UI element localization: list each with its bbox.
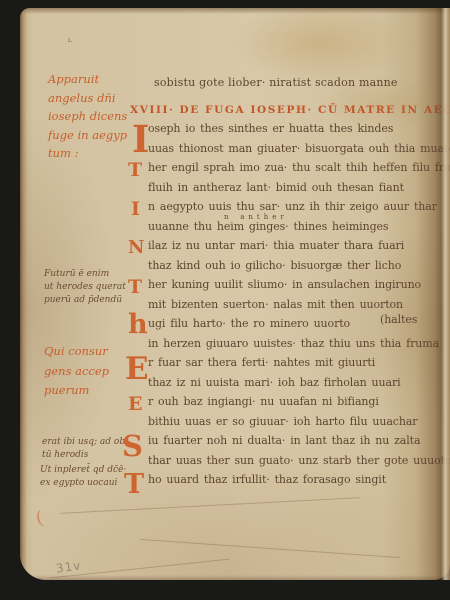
verse-text: her kuning uuilit sliumo· in ansulachen … (148, 278, 421, 291)
verse-text: ilaz iz nu untar mari· thia muater thara… (148, 239, 404, 252)
verse-text: fluih in antheraz lant· bimid ouh thesan… (148, 181, 404, 194)
folio-number: 31v (55, 558, 82, 575)
verse-text: r fuar sar thera ferti· nahtes mit giuur… (148, 356, 375, 369)
verse-line: N ilaz iz nu untar mari· thia muater tha… (128, 239, 450, 259)
margin-note-line: gens accep (44, 366, 109, 378)
margin-note-line: erat ibi usq; ad obi (42, 438, 128, 447)
margin-note-line: ioseph dicens (48, 111, 127, 123)
verse-line: thar uuas ther sun guato· unz starb ther… (128, 454, 450, 474)
corner-pen-mark: ı. (68, 36, 72, 44)
verse-text: mit bizenten suerton· nalas mit then uuo… (148, 298, 403, 311)
verse-text: thaz kind ouh io gilicho· bisuorgæ ther … (148, 259, 401, 272)
manuscript-page: ı. Apparuit angelus dn̄i ioseph dicens f… (20, 8, 450, 580)
verse-text: her engil sprah imo zua· thu scalt thih … (148, 161, 450, 174)
verse-line: h ugi filu harto· the ro minero uuorto (… (128, 317, 450, 337)
margin-note-ut-impleretur: Ut inpleret̄ qd dc̄ē· ex egypto uocaui (40, 466, 126, 492)
verse-text: iu fuarter noh ni dualta· in lant thaz i… (148, 434, 420, 447)
versal-initial: N (128, 239, 144, 257)
margin-note-line: puerū ad p̄dendū (44, 296, 126, 305)
verse-text-block: I oseph io thes sinthes er huatta thes k… (128, 122, 450, 493)
parchment-crease (60, 497, 360, 514)
verse-text: ho uuard thaz irfullit· thaz forasago si… (148, 473, 386, 486)
versal-initial: I (131, 200, 140, 219)
verse-text: uuanne thu heim ginges· thines heiminges (148, 220, 388, 233)
margin-note-line: ut herodes querat (44, 283, 126, 292)
margin-note-futurum: Futurū ē enim ut herodes querat puerū ad… (44, 270, 126, 309)
verse-line: fluih in antheraz lant· bimid ouh thesan… (128, 181, 450, 201)
verse-text: ugi filu harto· the ro minero uuorto (148, 317, 350, 330)
verse-line: T ho uuard thaz irfullit· thaz forasago … (128, 473, 450, 493)
verse-text: n aegypto uuis thu sar· unz ih thir zeig… (148, 200, 437, 213)
versal-initial: E (128, 395, 142, 414)
verse-line: n anther uuanne thu heim ginges· thines … (128, 220, 450, 240)
verse-text: thaz iz ni uuista mari· ioh baz firholan… (148, 376, 401, 389)
verse-line: T her kuning uuilit sliumo· in ansulache… (128, 278, 450, 298)
margin-note-quiconsurgens: Qui consur gens accep puerum (44, 346, 109, 405)
verse-text: uuas thionost man giuater· bisuorgata ou… (148, 142, 450, 155)
verse-line: uuas thionost man giuater· bisuorgata ou… (128, 142, 450, 162)
margin-note-line: angelus dn̄i (48, 93, 127, 105)
verse-line: T her engil sprah imo zua· thu scalt thi… (128, 161, 450, 181)
margin-note-line: Qui consur (44, 346, 109, 358)
scribal-addition: (haltes (380, 313, 417, 326)
verse-line: thaz kind ouh io gilicho· bisuorgæ ther … (128, 259, 450, 279)
verse-line: thaz iz ni uuista mari· ioh baz firholan… (128, 376, 450, 396)
interlinear-gloss: n anther (224, 213, 288, 221)
versal-initial: T (128, 161, 142, 180)
parchment-crease (140, 539, 399, 558)
verse-line: E r ouh baz ingiangi· nu uuafan ni bifia… (128, 395, 450, 415)
margin-paragraph-mark: ( (34, 507, 45, 529)
verse-line: I oseph io thes sinthes er huatta thes k… (128, 122, 450, 142)
verse-text: in herzen giuuaro uuistes· thaz thiu uns… (148, 337, 439, 350)
verse-line: bithiu uuas er so giuuar· ioh harto filu… (128, 415, 450, 435)
verse-text: r ouh baz ingiangi· nu uuafan ni bifiang… (148, 395, 379, 408)
previous-chapter-last-line: sobistu gote liober· niratist scadon man… (154, 76, 398, 89)
margin-note-line: ex egypto uocaui (40, 479, 126, 488)
margin-note-line: tum : (48, 148, 127, 160)
verse-line: in herzen giuuaro uuistes· thaz thiu uns… (128, 337, 450, 357)
margin-note-line: Apparuit (48, 74, 127, 86)
verse-text: thar uuas ther sun guato· unz starb ther… (148, 454, 450, 467)
verse-line: I n aegypto uuis thu sar· unz ih thir ze… (128, 200, 450, 220)
margin-note-line: Futurū ē enim (44, 270, 126, 279)
margin-note-line: puerum (44, 385, 109, 397)
verse-text: oseph io thes sinthes er huatta thes kin… (148, 122, 393, 135)
margin-note-apparuit: Apparuit angelus dn̄i ioseph dicens fuge… (48, 74, 127, 167)
margin-note-line: Ut inpleret̄ qd dc̄ē· (40, 466, 126, 475)
verse-line: E r fuar sar thera ferti· nahtes mit giu… (128, 356, 450, 376)
margin-note-line: fuge in aegyp (48, 130, 127, 142)
margin-note-erat-ibi: erat ibi usq; ad obi tū herodis (42, 438, 128, 464)
verse-line: S iu fuarter noh ni dualta· in lant thaz… (128, 434, 450, 454)
versal-initial: T (124, 471, 144, 498)
versal-initial: h (128, 311, 148, 338)
versal-initial: T (128, 278, 142, 297)
chapter-heading: XVIII· DE FUGA IOSEPH· CŨ MATRE IN AEGYP… (130, 104, 450, 116)
verse-text: bithiu uuas er so giuuar· ioh harto filu… (148, 415, 417, 428)
margin-note-line: tū herodis (42, 451, 128, 460)
